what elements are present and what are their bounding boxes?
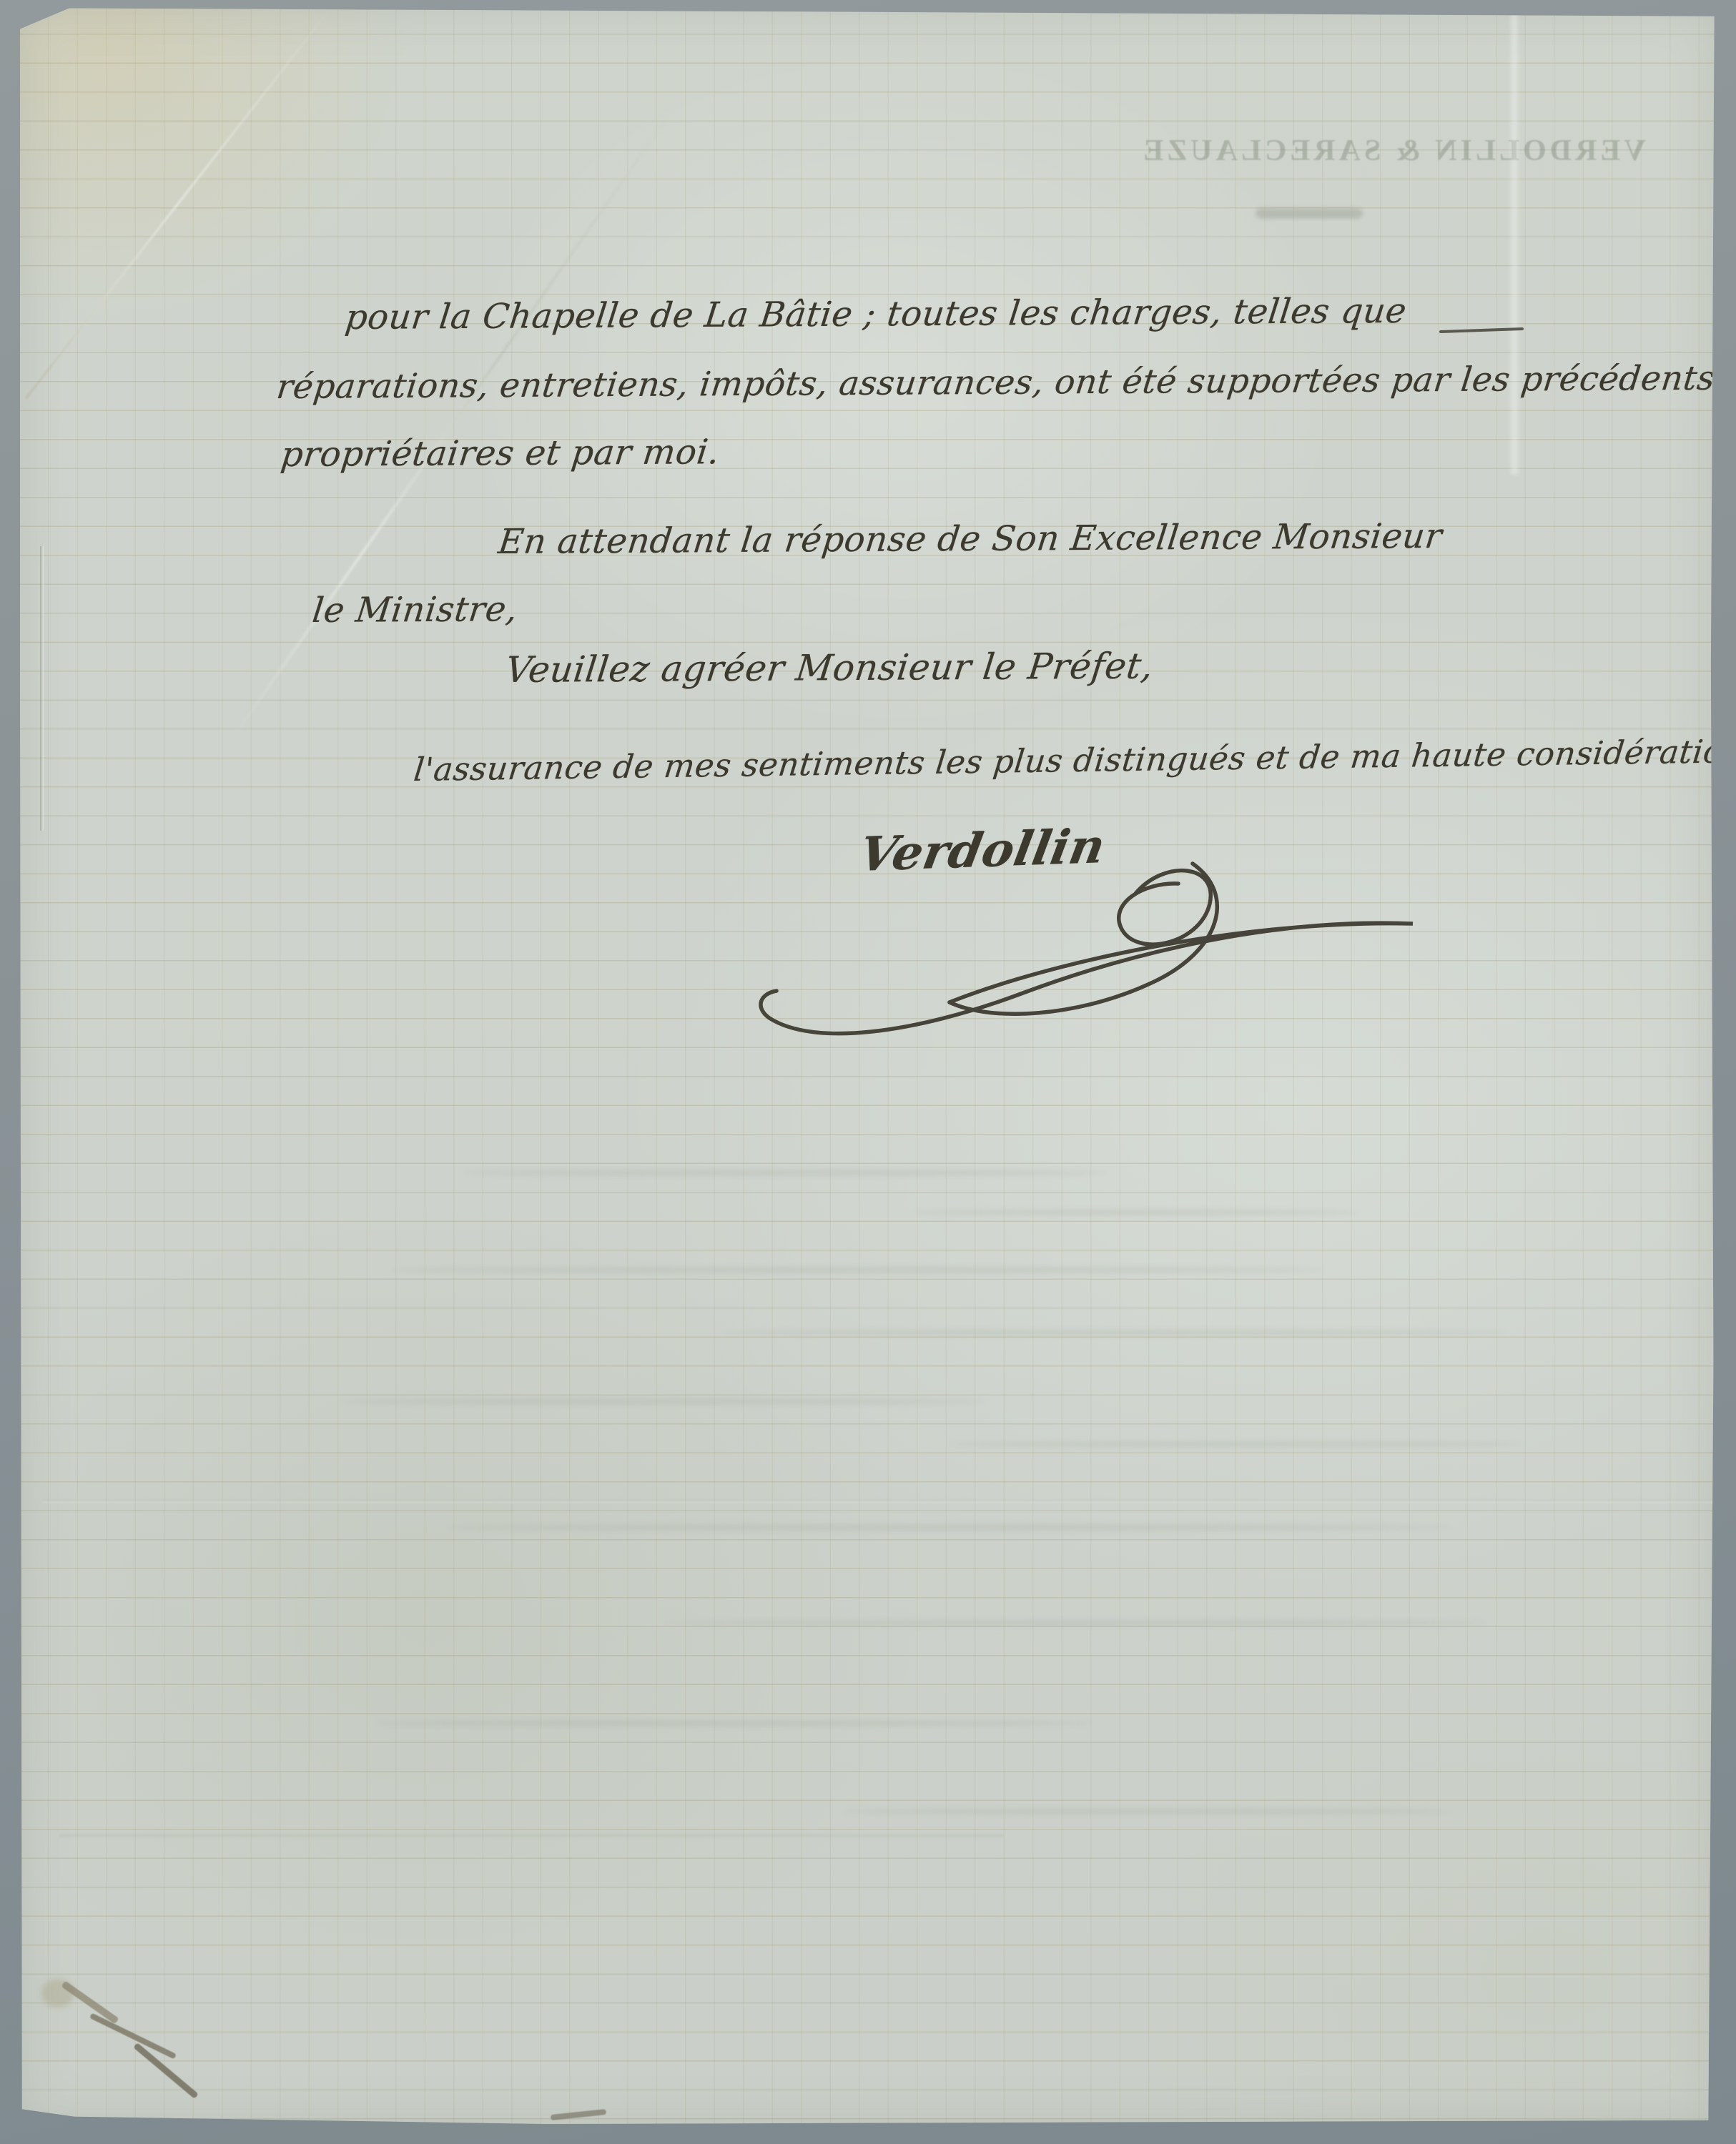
letter-line-6: Veuillez agréer Monsieur le Préfet, bbox=[503, 645, 1155, 691]
letter-line-7: l'assurance de mes sentiments les plus d… bbox=[412, 732, 1736, 789]
scan-backdrop: VERDOLLIN & SARECLAUZE pour la Chapelle … bbox=[0, 0, 1736, 2144]
bleedthrough-letterhead: VERDOLLIN & SARECLAUZE bbox=[1132, 126, 1654, 176]
letter-page: VERDOLLIN & SARECLAUZE pour la Chapelle … bbox=[20, 6, 1716, 2126]
signature-paraph bbox=[735, 844, 1443, 1058]
ghost-writing-streak bbox=[914, 1210, 1357, 1215]
ghost-writing-streak bbox=[392, 1267, 1321, 1273]
ghost-writing-streak bbox=[842, 1809, 1450, 1814]
letter-line-3: propriétaires et par moi. bbox=[279, 432, 722, 475]
underlying-sheet-edge bbox=[40, 546, 44, 831]
fold-crease-top-left bbox=[25, 4, 335, 399]
ghost-writing-streak bbox=[721, 1330, 1507, 1335]
letter-line-4: En attendant la réponse de Son Excellenc… bbox=[496, 516, 1444, 562]
letter-line-1: pour la Chapelle de La Bâtie ; toutes le… bbox=[343, 291, 1409, 337]
vertical-crease bbox=[1509, 10, 1520, 475]
letter-line-2: réparations, entretiens, impôts, assuran… bbox=[275, 359, 1717, 407]
ghost-writing-streak bbox=[378, 1720, 1093, 1726]
ghost-writing-streak bbox=[449, 1524, 1450, 1531]
letter-line-5: le Ministre, bbox=[310, 589, 520, 631]
ghost-writing-streak bbox=[950, 1441, 1522, 1447]
ghost-writing-streak bbox=[463, 1170, 1107, 1176]
horizontal-fold-crease bbox=[41, 1500, 1729, 1503]
ghost-writing-streak bbox=[342, 1398, 985, 1405]
bleedthrough-letterhead-subline bbox=[1256, 208, 1363, 219]
horizontal-crease-lower bbox=[59, 1834, 1003, 1837]
tear-mark-bottom-edge bbox=[551, 2109, 606, 2120]
ghost-writing-streak bbox=[664, 1620, 1486, 1626]
tear-mark bbox=[89, 2012, 177, 2059]
diagonal-crease bbox=[232, 110, 673, 738]
pen-dash-stroke bbox=[1439, 327, 1524, 333]
